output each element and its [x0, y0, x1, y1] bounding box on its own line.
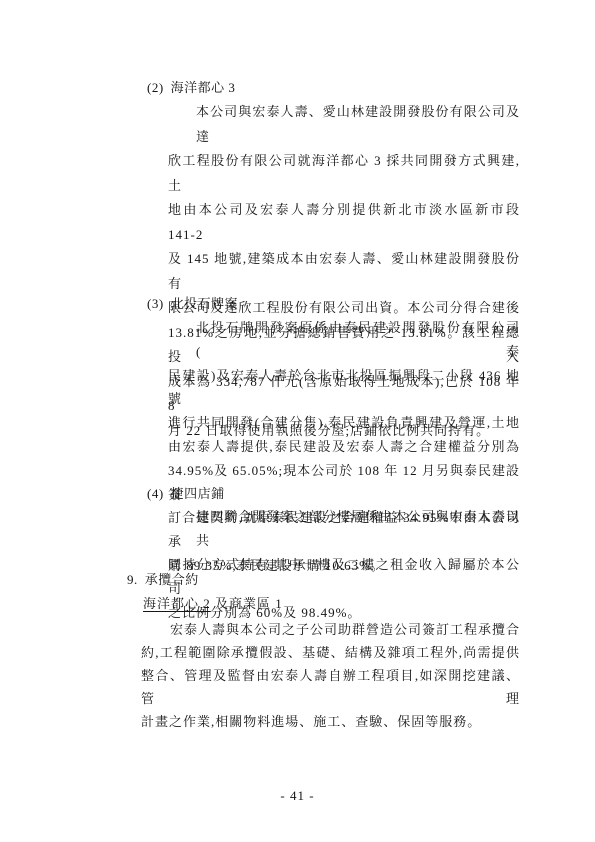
section-9-title: 承攬合約	[145, 572, 199, 587]
paragraph-line: 及 145 地號,建築成本由宏泰人壽、愛山林建設開發股份有	[168, 247, 520, 296]
section-3-number: (3)	[147, 296, 164, 311]
paragraph-line: 宏泰人壽與本公司之子公司助群營造公司簽訂工程承攬合	[141, 618, 520, 641]
section-9-subtitle: 海洋都心 2 及商業區 1	[143, 596, 283, 612]
section-2-heading: (2)海洋都心 3	[147, 80, 235, 96]
paragraph-line: 計畫之作業,相關物料進場、施工、查驗、保固等服務。	[141, 710, 520, 733]
paragraph-line: 欣工程股份有限公司就海洋都心 3 採共同開發方式興建,土	[168, 149, 520, 198]
paragraph-line: 進行共同開發(合建分售),泰民建設負責興建及營運,土地	[168, 411, 520, 435]
section-2-number: (2)	[147, 80, 164, 95]
section-9-heading: 9.承攬合約	[127, 572, 199, 588]
section-3-title: 北投石牌案	[171, 296, 239, 311]
subtitle-plain-part: 及商業區 1	[211, 596, 283, 611]
paragraph-line: 民建設)及宏泰人壽於台北市北投區振興段二小段 436 地號	[168, 364, 520, 412]
subtitle-underlined-part: 海洋都心 2	[143, 596, 211, 611]
paragraph-line: 本公司與宏泰人壽、愛山林建設開發股份有限公司及達	[168, 100, 520, 149]
page-number: - 41 -	[0, 788, 595, 804]
paragraph-line: 由宏泰人壽提供,泰民建設及宏泰人壽之合建權益分別為	[168, 435, 520, 459]
section-4-number: (4)	[147, 486, 164, 501]
paragraph-line: 地由本公司及宏泰人壽分別提供新北市淡水區新市段 141-2	[168, 198, 520, 247]
paragraph-line: 整合、管理及監督由宏泰人壽自辦工程項目,如深開挖建議、管理	[141, 664, 520, 710]
section-4-title: 捷四店鋪	[171, 486, 225, 501]
paragraph-line: 約,工程範圍除承攬假設、基礎、結構及雜項工程外,尚需提供	[141, 641, 520, 664]
paragraph-line: 北投石牌開發案原係由泰民建設開發股份有限公司(泰	[168, 316, 520, 364]
section-9-number: 9.	[127, 572, 138, 587]
document-page: (2)海洋都心 3 本公司與宏泰人壽、愛山林建設開發股份有限公司及達欣工程股份有…	[0, 0, 595, 842]
section-4-heading: (4)捷四店鋪	[147, 486, 225, 502]
paragraph-line: 捷四聯合開發案之部分樓層係由本公司與宏泰人壽以共	[168, 505, 520, 553]
section-2-title: 海洋都心 3	[171, 80, 236, 95]
section-9-paragraph: 宏泰人壽與本公司之子公司助群營造公司簽訂工程承攬合約,工程範圍除承攬假設、基礎、…	[141, 618, 520, 733]
paragraph-line: 同持分方式持有,其中一樓及二樓之租金收入歸屬於本公司	[168, 553, 520, 601]
section-3-heading: (3)北投石牌案	[147, 296, 238, 312]
